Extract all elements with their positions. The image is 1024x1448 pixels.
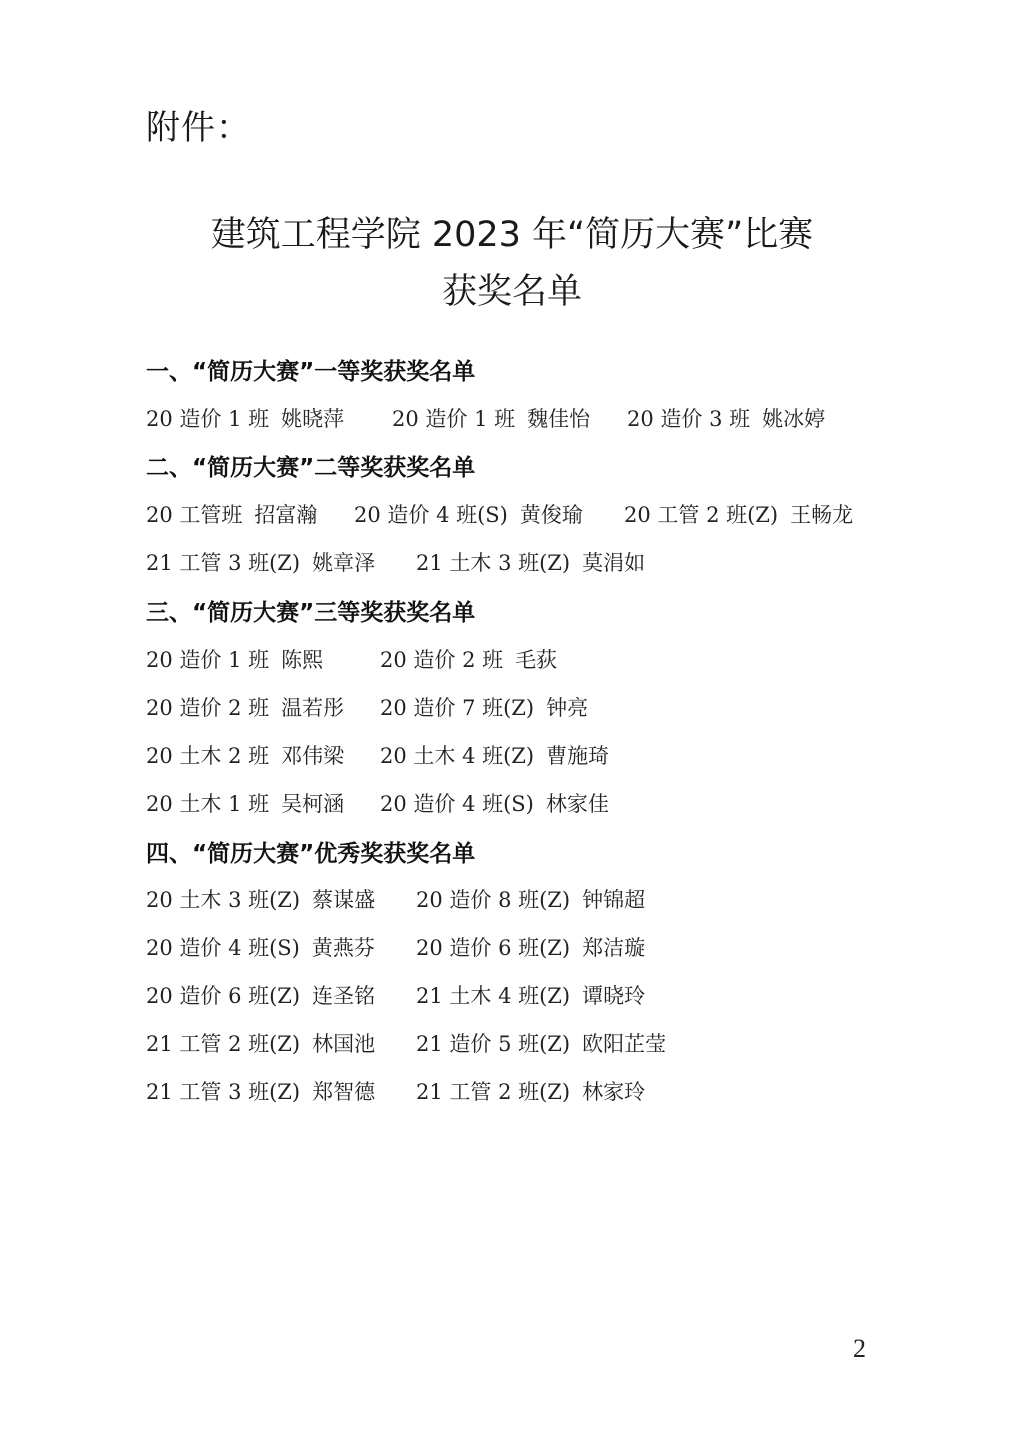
winner-name: 钟锦超 — [582, 888, 645, 912]
winner-class: 20 土木 3 班(Z) — [146, 888, 300, 912]
document-title-line2: 获奖名单 — [0, 264, 1024, 314]
winner-name: 欧阳芷莹 — [582, 1032, 666, 1056]
winner-name: 姚冰婷 — [762, 407, 825, 431]
attachment-label: 附件： — [146, 100, 251, 149]
winner-class: 21 工管 3 班(Z) — [146, 551, 300, 575]
winner-name: 吴柯涵 — [281, 792, 344, 816]
winner-entry: 20 造价 4 班(S)黄俊瑜 — [354, 499, 583, 529]
winner-name: 黄燕芬 — [312, 936, 375, 960]
winner-entry: 21 工管 2 班(Z)林家玲 — [416, 1076, 645, 1106]
section-heading-third-prize: 三、“简历大赛”三等奖获奖名单 — [146, 594, 475, 627]
winner-name: 连圣铭 — [312, 984, 375, 1008]
winner-class: 21 工管 2 班(Z) — [416, 1080, 570, 1104]
winner-name: 黄俊瑜 — [520, 503, 583, 527]
winner-name: 谭晓玲 — [582, 984, 645, 1008]
winner-name: 姚章泽 — [312, 551, 375, 575]
winner-name: 莫涓如 — [582, 551, 645, 575]
winner-class: 20 土木 4 班(Z) — [380, 744, 534, 768]
winner-name: 王畅龙 — [790, 503, 853, 527]
winner-class: 20 造价 7 班(Z) — [380, 696, 534, 720]
winner-class: 21 工管 3 班(Z) — [146, 1080, 300, 1104]
document-page: 附件： 建筑工程学院 2023 年“简历大赛”比赛 获奖名单 一、“简历大赛”一… — [0, 0, 1024, 1448]
winner-class: 20 造价 1 班 — [146, 648, 269, 672]
winner-name: 林家玲 — [582, 1080, 645, 1104]
winner-class: 21 土木 3 班(Z) — [416, 551, 570, 575]
winner-entry: 20 造价 3 班姚冰婷 — [627, 403, 825, 433]
winner-class: 21 造价 5 班(Z) — [416, 1032, 570, 1056]
winner-class: 20 造价 8 班(Z) — [416, 888, 570, 912]
winner-class: 20 土木 2 班 — [146, 744, 269, 768]
winner-entry: 20 土木 1 班吴柯涵 — [146, 788, 344, 818]
winner-class: 20 造价 2 班 — [380, 648, 503, 672]
section-heading-excellence-prize: 四、“简历大赛”优秀奖获奖名单 — [146, 835, 475, 868]
winner-entry: 21 造价 5 班(Z)欧阳芷莹 — [416, 1028, 666, 1058]
winner-name: 林家佳 — [546, 792, 609, 816]
winner-class: 20 工管班 — [146, 503, 242, 527]
winner-class: 20 造价 4 班(S) — [380, 792, 534, 816]
winner-name: 钟亮 — [546, 696, 588, 720]
winner-name: 毛荻 — [515, 648, 557, 672]
winner-name: 林国池 — [312, 1032, 375, 1056]
winner-class: 20 工管 2 班(Z) — [624, 503, 778, 527]
winner-name: 蔡谋盛 — [312, 888, 375, 912]
winner-class: 20 造价 1 班 — [146, 407, 269, 431]
winner-entry: 20 造价 1 班魏佳怡 — [392, 403, 590, 433]
winner-entry: 20 造价 2 班温若彤 — [146, 692, 344, 722]
winner-entry: 20 造价 7 班(Z)钟亮 — [380, 692, 588, 722]
winner-entry: 20 土木 3 班(Z)蔡谋盛 — [146, 884, 375, 914]
document-title-line1: 建筑工程学院 2023 年“简历大赛”比赛 — [0, 207, 1024, 257]
winner-entry: 20 造价 8 班(Z)钟锦超 — [416, 884, 645, 914]
winner-entry: 20 造价 6 班(Z)连圣铭 — [146, 980, 375, 1010]
section-heading-first-prize: 一、“简历大赛”一等奖获奖名单 — [146, 353, 475, 386]
winner-class: 20 造价 6 班(Z) — [146, 984, 300, 1008]
winner-name: 温若彤 — [281, 696, 344, 720]
winner-name: 郑智德 — [312, 1080, 375, 1104]
winner-name: 郑洁璇 — [582, 936, 645, 960]
winner-class: 20 造价 4 班(S) — [146, 936, 300, 960]
page-number: 2 — [853, 1334, 866, 1364]
winner-entry: 20 土木 4 班(Z)曹施琦 — [380, 740, 609, 770]
winner-entry: 21 土木 4 班(Z)谭晓玲 — [416, 980, 645, 1010]
winner-name: 曹施琦 — [546, 744, 609, 768]
winner-name: 陈熙 — [281, 648, 323, 672]
winner-name: 魏佳怡 — [527, 407, 590, 431]
winner-class: 20 造价 4 班(S) — [354, 503, 508, 527]
winner-class: 20 造价 6 班(Z) — [416, 936, 570, 960]
winner-class: 20 造价 2 班 — [146, 696, 269, 720]
winner-entry: 20 造价 2 班毛荻 — [380, 644, 557, 674]
winner-class: 21 土木 4 班(Z) — [416, 984, 570, 1008]
winner-entry: 20 造价 4 班(S)黄燕芬 — [146, 932, 375, 962]
winner-entry: 20 造价 1 班姚晓萍 — [146, 403, 344, 433]
section-heading-second-prize: 二、“简历大赛”二等奖获奖名单 — [146, 449, 475, 482]
winner-entry: 21 工管 3 班(Z)姚章泽 — [146, 547, 375, 577]
winner-name: 邓伟梁 — [281, 744, 344, 768]
winner-entry: 20 造价 6 班(Z)郑洁璇 — [416, 932, 645, 962]
winner-class: 21 工管 2 班(Z) — [146, 1032, 300, 1056]
winner-entry: 20 造价 4 班(S)林家佳 — [380, 788, 609, 818]
winner-name: 招富瀚 — [254, 503, 317, 527]
winner-entry: 21 工管 3 班(Z)郑智德 — [146, 1076, 375, 1106]
winner-class: 20 土木 1 班 — [146, 792, 269, 816]
winner-class: 20 造价 1 班 — [392, 407, 515, 431]
winner-entry: 20 工管 2 班(Z)王畅龙 — [624, 499, 853, 529]
winner-entry: 20 造价 1 班陈熙 — [146, 644, 323, 674]
winner-entry: 20 土木 2 班邓伟梁 — [146, 740, 344, 770]
winner-name: 姚晓萍 — [281, 407, 344, 431]
winner-class: 20 造价 3 班 — [627, 407, 750, 431]
winner-entry: 20 工管班招富瀚 — [146, 499, 317, 529]
winner-entry: 21 土木 3 班(Z)莫涓如 — [416, 547, 645, 577]
winner-entry: 21 工管 2 班(Z)林国池 — [146, 1028, 375, 1058]
